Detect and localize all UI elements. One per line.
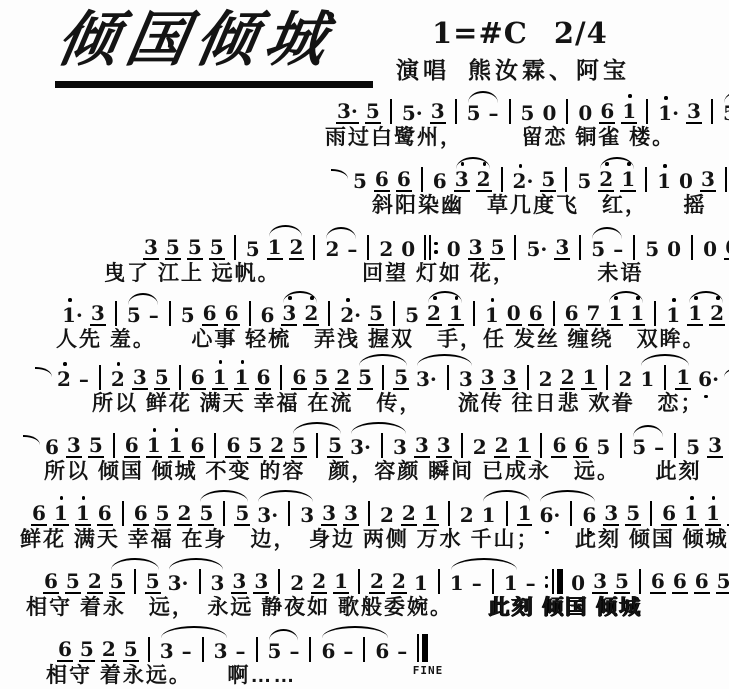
note-group: 5666	[330, 167, 451, 192]
note-group: –0356665	[522, 569, 729, 594]
barline	[99, 365, 101, 390]
slur-group: 2–	[321, 238, 361, 260]
note: 3	[281, 302, 297, 326]
note: 6	[432, 170, 448, 192]
music-row: 3·55·35–500611·35–	[333, 78, 729, 124]
note: 2·	[339, 304, 362, 326]
note: 3	[299, 504, 315, 526]
note: 1	[448, 302, 464, 326]
note: 5	[155, 502, 171, 526]
note: 6	[724, 236, 729, 260]
time-signature: 2/4	[554, 16, 608, 50]
barline	[363, 637, 365, 662]
note: 6	[551, 434, 567, 458]
note: 1	[516, 434, 532, 458]
note: 5·	[401, 102, 424, 124]
note: 2	[378, 238, 394, 260]
note: 6	[661, 502, 677, 526]
note: 1	[212, 366, 228, 390]
note: 3	[414, 434, 430, 458]
repeat-dot	[545, 576, 549, 580]
note: 6	[225, 434, 241, 458]
note: 5	[88, 434, 104, 458]
slur-group: 3·3	[346, 433, 411, 458]
note: 5	[644, 238, 660, 260]
note: 0	[400, 238, 416, 260]
tie-continuation-in	[331, 169, 348, 181]
note: 1	[53, 502, 69, 526]
barline	[382, 365, 384, 390]
note-group	[303, 637, 317, 662]
note: 0	[541, 102, 557, 124]
slur-group: 32	[278, 302, 322, 326]
note: 1	[675, 366, 691, 390]
note: 2	[494, 434, 510, 458]
note: 5	[123, 638, 139, 662]
barline	[646, 99, 648, 124]
sustain-dash: –	[342, 640, 354, 662]
note: 5	[466, 102, 482, 124]
lyric-row: 相守 着永远。 啊……	[46, 663, 729, 689]
note: 3	[253, 570, 269, 594]
note: 5	[145, 570, 161, 594]
barline	[122, 501, 124, 526]
note-group: 1	[648, 301, 684, 326]
note: 5	[180, 304, 196, 326]
note: 3	[90, 302, 106, 326]
barline	[509, 99, 511, 124]
note-group	[307, 235, 321, 260]
barline	[633, 235, 635, 260]
note: 6	[581, 504, 597, 526]
barline	[134, 569, 136, 594]
note: 0	[678, 170, 694, 192]
repeat-dot	[434, 250, 438, 254]
note-group: 50061	[627, 235, 729, 260]
note: 2	[110, 368, 126, 390]
note: 6	[190, 366, 206, 390]
note: 1	[267, 236, 283, 260]
sustain-dash: –	[78, 368, 90, 390]
note: 5	[267, 640, 283, 662]
note: 1	[146, 434, 162, 458]
barline	[429, 235, 431, 260]
barline	[381, 433, 383, 458]
barline	[645, 167, 647, 192]
note: 5	[209, 236, 225, 260]
note: 3	[210, 572, 226, 594]
note-group: 652	[40, 570, 106, 594]
slur-group: 12	[684, 302, 728, 326]
slur-group: 32	[451, 168, 495, 192]
note: 3	[554, 236, 570, 260]
note-group: 500611·3	[503, 99, 719, 124]
note: 1	[168, 434, 184, 458]
slur-group: 21	[595, 168, 639, 192]
note: 5	[576, 170, 592, 192]
note: 0	[702, 238, 718, 260]
note-group: 1·3	[58, 301, 123, 326]
note: 0	[666, 238, 682, 260]
note-group: 332212	[477, 365, 637, 390]
note-group: 6·	[694, 365, 729, 390]
note: 3·	[336, 100, 359, 124]
note: 5	[716, 570, 729, 594]
slur-group: 3·3	[164, 569, 229, 594]
thick-barline	[557, 569, 563, 594]
barline	[393, 301, 395, 326]
note: 6	[224, 302, 240, 326]
note: 6	[672, 570, 688, 594]
note: 5	[187, 236, 203, 260]
barline	[527, 365, 529, 390]
note: 6	[190, 434, 206, 458]
note: 6	[528, 302, 544, 326]
barline	[552, 569, 554, 594]
note: 1	[683, 502, 699, 526]
note: 6	[564, 302, 580, 326]
tie-continuation-in	[23, 435, 40, 447]
note-group: 2–2356116652	[34, 365, 354, 390]
note: 3	[321, 502, 337, 526]
sustain-dash: –	[488, 102, 500, 124]
tie-continuation-in	[35, 367, 52, 379]
barline	[234, 235, 236, 260]
note: 5	[247, 434, 263, 458]
barline	[367, 235, 369, 260]
note: 3	[502, 366, 518, 390]
score-line: 2–2356116652553·3332212116·所以 鲜花 满天 幸福 在…	[0, 344, 729, 417]
slur-group: 55	[195, 501, 253, 526]
note: 2	[269, 434, 285, 458]
slur-group: 5–	[719, 102, 729, 124]
barline	[223, 501, 225, 526]
note: 6	[573, 434, 589, 458]
repeat-open-sign	[422, 235, 440, 260]
sustain-dash: –	[525, 572, 537, 594]
note: 5	[357, 366, 373, 390]
barline	[566, 99, 568, 124]
note: 6	[260, 304, 276, 326]
barline	[390, 99, 392, 124]
slur-group: 11	[636, 365, 694, 390]
note: 1	[656, 170, 672, 192]
barline	[654, 301, 656, 326]
note: 1·	[61, 304, 84, 326]
barline	[358, 569, 360, 594]
barline	[540, 433, 542, 458]
note: 1	[665, 304, 681, 326]
note: 5	[722, 102, 729, 124]
note: 2·	[512, 170, 535, 192]
note: 1	[629, 302, 645, 326]
barline	[570, 501, 572, 526]
barline	[606, 365, 608, 390]
sustain-dash: –	[235, 640, 247, 662]
note-group: 103	[639, 167, 729, 192]
note: 3·	[415, 368, 438, 390]
barline	[438, 569, 440, 594]
sustain-dash: –	[148, 304, 160, 326]
barline	[113, 433, 115, 458]
barline	[461, 433, 463, 458]
note: 1	[484, 304, 500, 326]
note: 3	[454, 168, 470, 192]
slur-group: 21	[423, 302, 467, 326]
barline	[202, 637, 204, 662]
note-group: 6116652	[28, 501, 195, 526]
note: 7	[586, 302, 602, 326]
sustain-dash: –	[288, 640, 300, 662]
note: 6·	[697, 368, 720, 390]
note: 1	[687, 302, 703, 326]
note: 5	[595, 436, 611, 458]
note: 3	[159, 640, 175, 662]
note: 2	[391, 570, 407, 594]
note: 6	[255, 366, 271, 390]
note: 1	[581, 366, 597, 390]
music-row: 2–2356116652553·3332212116·	[34, 344, 729, 390]
slur-group: 5–	[264, 640, 304, 662]
music-row: 6356116652553·3332216655–535	[22, 412, 729, 458]
barline	[553, 301, 555, 326]
note: 3	[480, 366, 496, 390]
note: 2	[538, 368, 554, 390]
barline	[639, 569, 641, 594]
barline	[448, 501, 450, 526]
key-time-signature: 1=#C2/4	[432, 16, 608, 50]
note-group: 2·55	[495, 167, 596, 192]
barline	[650, 501, 652, 526]
note: 5	[234, 502, 250, 526]
barline	[288, 501, 290, 526]
note: 3	[213, 640, 229, 662]
repeat-dots	[545, 569, 549, 594]
note: 5	[165, 236, 181, 260]
note: 2	[324, 238, 340, 260]
note: 1	[607, 302, 623, 326]
barline	[148, 637, 150, 662]
song-title-text: 倾国倾城	[51, 0, 341, 80]
music-row: 65253–3–5–6–6–FINE	[54, 616, 729, 662]
barline	[309, 637, 311, 662]
note: 5	[631, 436, 647, 458]
note: 3	[458, 368, 474, 390]
note: 5	[590, 238, 606, 260]
slur-group: 6·6	[535, 501, 600, 526]
note: 0	[570, 572, 586, 594]
note: 2	[401, 502, 417, 526]
slur-group: 55	[288, 433, 346, 458]
note-group: 3·55·3	[333, 99, 463, 124]
music-row: 652553·3332212211–1–0356665	[40, 548, 729, 594]
note: 3·	[256, 504, 279, 526]
final-barline: FINE	[415, 634, 429, 662]
sustain-dash: –	[612, 238, 624, 260]
note: 1	[413, 572, 429, 594]
note: 3	[468, 236, 484, 260]
note: 5	[291, 434, 307, 458]
barline	[492, 569, 494, 594]
thick-barline	[422, 634, 428, 662]
note: 6	[133, 502, 149, 526]
score-line: 65253–3–5–6–6–FINE相守 着永远。 啊……	[0, 616, 729, 689]
note: 2	[303, 302, 319, 326]
barline	[725, 167, 727, 192]
note: 2	[617, 368, 633, 390]
tie-continuation-out	[724, 367, 729, 379]
barline	[691, 235, 693, 260]
sustain-dash: –	[471, 572, 483, 594]
note-group: 6525	[54, 637, 156, 662]
note: 3	[592, 570, 608, 594]
sustain-dash: –	[181, 640, 193, 662]
note: 2	[56, 368, 72, 390]
note: 2	[311, 570, 327, 594]
slur-group: 55	[106, 569, 164, 594]
note: 5	[198, 502, 214, 526]
note-group: 2·55	[322, 301, 423, 326]
note: 2	[379, 504, 395, 526]
barline	[424, 235, 426, 260]
slur-group: 55	[354, 365, 412, 390]
repeat-close-sign	[543, 569, 565, 594]
note: 6	[124, 434, 140, 458]
note-group: –FINE	[393, 634, 433, 662]
note: 3	[707, 434, 723, 458]
note: 2	[369, 570, 385, 594]
slur-group: 3·3	[253, 501, 318, 526]
note: 2	[472, 436, 488, 458]
barline	[711, 99, 713, 124]
note: 6	[320, 640, 336, 662]
note: 1	[503, 572, 519, 594]
barline	[455, 99, 457, 124]
note: 1	[705, 502, 721, 526]
note: 6	[202, 302, 218, 326]
music-row: 6116652553·3332212116·6356116	[28, 480, 729, 526]
slur-group: 3·3	[412, 365, 477, 390]
note-group: 332212	[318, 501, 478, 526]
note: 3	[231, 570, 247, 594]
note: 3	[430, 100, 446, 124]
note: 5	[393, 366, 409, 390]
slur-group: 11	[604, 302, 648, 326]
barline	[328, 301, 330, 326]
fine-label: FINE	[413, 664, 444, 677]
note: 3·	[349, 436, 372, 458]
barline	[313, 235, 315, 260]
barline	[417, 634, 419, 662]
barline	[473, 301, 475, 326]
note: 1	[620, 168, 636, 192]
note-group: 356116	[600, 501, 729, 526]
key-signature: 1=#C	[432, 16, 528, 50]
barline	[579, 235, 581, 260]
note-group: 200355·3	[361, 235, 587, 260]
note-group: –	[232, 637, 264, 662]
slur-group: 5–	[628, 436, 668, 458]
slur-group: 5–	[587, 238, 627, 260]
score-line: 35555122–200355·35–50061曳了 江上 远帆。 回望 灯如 …	[0, 214, 729, 287]
note: 3	[436, 434, 452, 458]
note: 6	[650, 570, 666, 594]
note: 5	[313, 366, 329, 390]
slur-group: 3–3	[156, 637, 232, 662]
note: 1	[333, 570, 349, 594]
note: 3	[700, 168, 716, 192]
note: 3	[143, 236, 159, 260]
note-group: 10667	[467, 301, 605, 326]
note: 2	[459, 504, 475, 526]
barline	[199, 569, 201, 594]
barline	[115, 301, 117, 326]
music-row: 5666322·5521103	[330, 146, 729, 192]
score-line: 1·35–5666322·55211066711112人先 羞。 心事 轻梳 弄…	[0, 280, 729, 353]
barline	[278, 569, 280, 594]
note: 3	[66, 434, 82, 458]
barline	[169, 301, 171, 326]
note-group: 33221665	[411, 433, 628, 458]
song-title: 倾国倾城	[58, 0, 334, 80]
score-line: 5666322·5521103斜阳染幽 草几度飞 红， 摇	[0, 146, 729, 219]
barline	[664, 365, 666, 390]
note: 0	[446, 238, 462, 260]
note: 3	[603, 502, 619, 526]
note: 5	[365, 100, 381, 124]
note: 5	[327, 434, 343, 458]
note: 6	[374, 168, 390, 192]
note: 6	[694, 570, 710, 594]
score-line: 6116652553·3332212116·6356116鲜花 满天 幸福 在身…	[0, 480, 729, 553]
note: 6	[291, 366, 307, 390]
sustain-dash: –	[653, 436, 665, 458]
note: 6	[97, 502, 113, 526]
note: 3	[392, 436, 408, 458]
note: 0	[506, 302, 522, 326]
note: 5	[352, 170, 368, 192]
barline	[565, 167, 567, 192]
repeat-dot	[434, 242, 438, 246]
note-group: 535	[668, 433, 729, 458]
sustain-dash: –	[396, 640, 408, 662]
note: 5	[126, 304, 142, 326]
note: 6	[31, 502, 47, 526]
note-group: 35555	[140, 235, 264, 260]
note: 2	[560, 366, 576, 390]
note: 5	[65, 570, 81, 594]
note: 2	[87, 570, 103, 594]
note-group: 6356116652	[22, 433, 288, 458]
note: 2	[289, 572, 305, 594]
sustain-dash: –	[346, 238, 358, 260]
lyric-segment: 相守 着永远。 啊……	[46, 664, 296, 687]
note: 6	[396, 168, 412, 192]
note: 5·	[525, 238, 548, 260]
barline	[506, 501, 508, 526]
repeat-dots	[434, 235, 438, 260]
note: 5	[490, 236, 506, 260]
sheet-music-page: 倾国倾城 1=#C2/4 演唱熊汝霖、阿宝 3·55·35–500611·35–…	[0, 0, 729, 689]
note: 3	[343, 502, 359, 526]
barline	[214, 433, 216, 458]
note: 5	[245, 238, 261, 260]
note: 6	[43, 570, 59, 594]
note: 2	[289, 236, 305, 260]
slur-group: 1–1	[446, 569, 522, 594]
barline	[447, 365, 449, 390]
note: 2	[335, 366, 351, 390]
